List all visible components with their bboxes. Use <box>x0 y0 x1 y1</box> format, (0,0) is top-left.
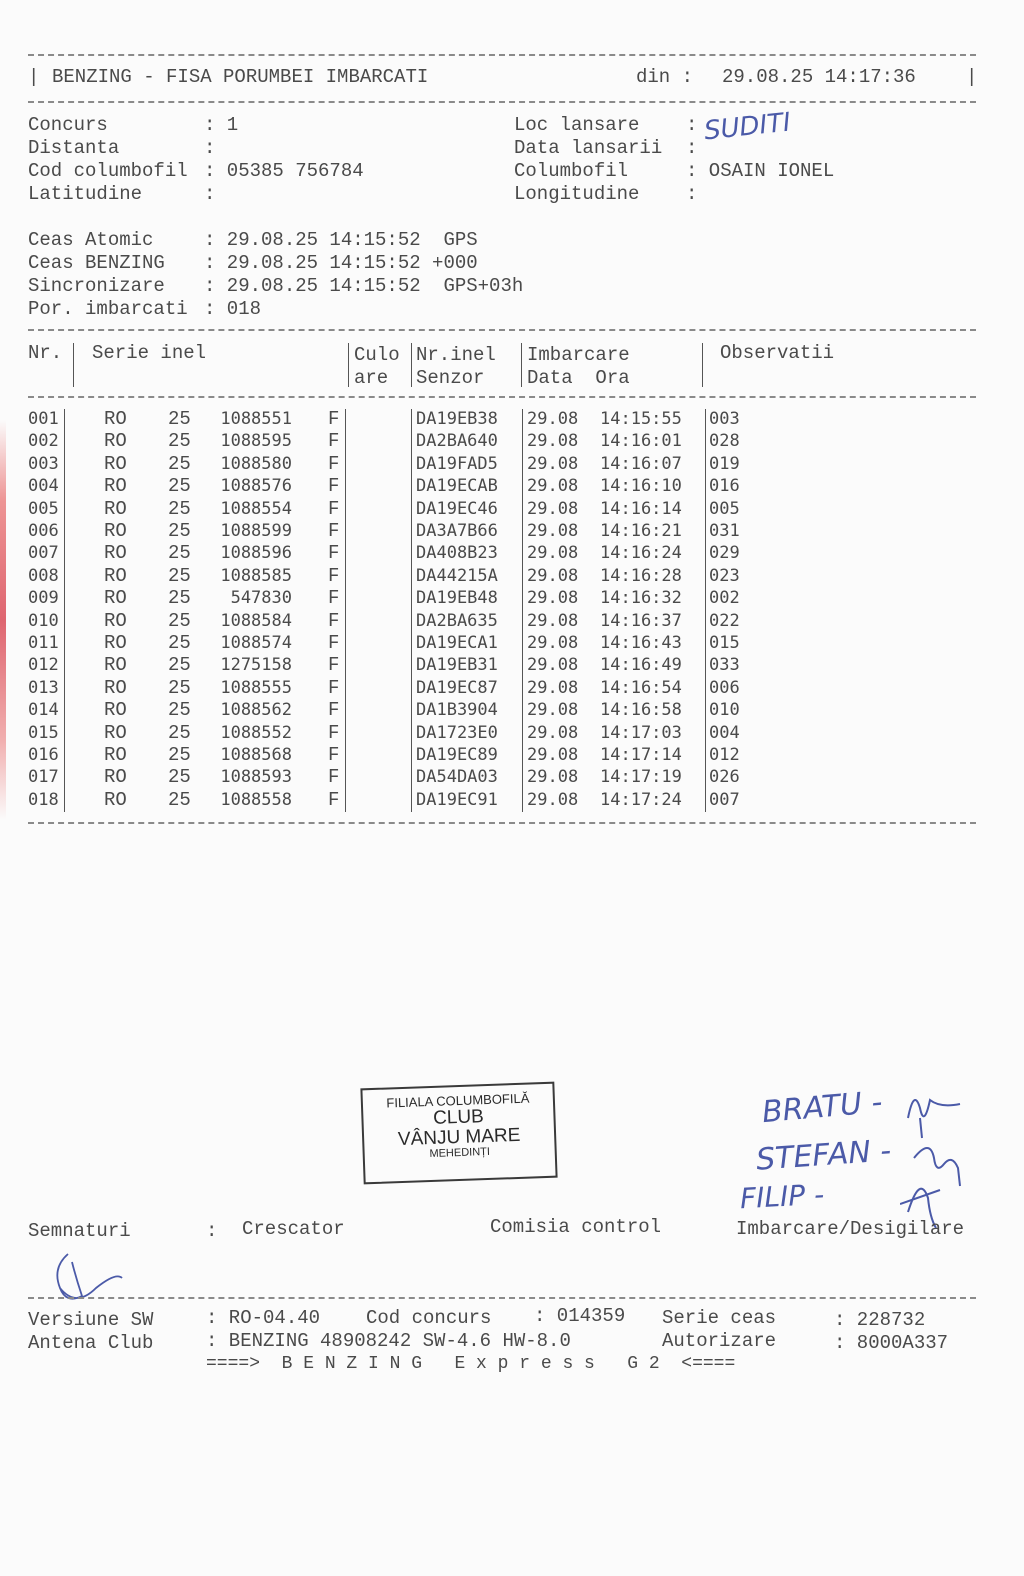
cell-tara: RO <box>104 475 127 497</box>
cell-inel: 1088584 <box>192 610 292 632</box>
cell-inel: 1088568 <box>192 744 292 766</box>
sw-version-value: : RO-04.40 <box>206 1307 320 1329</box>
cell-an: 25 <box>168 453 191 475</box>
cell-an: 25 <box>168 475 191 497</box>
cell-obs: 019 <box>709 453 740 475</box>
cell-senzor: DA3A7B66 <box>416 520 498 542</box>
cell-sex: F <box>328 565 339 587</box>
clock-serial-label: Serie ceas <box>662 1307 776 1329</box>
cell-nr: 016 <box>28 744 59 766</box>
cell-obs: 010 <box>709 699 740 721</box>
authorization-label: Autorizare <box>662 1330 776 1352</box>
cell-tara: RO <box>104 498 127 520</box>
cell-obs: 016 <box>709 475 740 497</box>
col-observatii: Observatii <box>720 342 834 364</box>
cell-tara: RO <box>104 699 127 721</box>
header-bar-right: | <box>966 66 977 88</box>
cell-data: 29.08 <box>527 654 578 676</box>
cell-obs: 023 <box>709 565 740 587</box>
cell-an: 25 <box>168 610 191 632</box>
cell-senzor: DA19ECA1 <box>416 632 498 654</box>
cell-senzor: DA19EB31 <box>416 654 498 676</box>
header-bar-left: | <box>28 66 39 88</box>
cell-data: 29.08 <box>527 542 578 564</box>
col-separator <box>64 409 65 812</box>
cell-ora: 14:17:14 <box>600 744 682 766</box>
handwritten-name: FILIP - <box>739 1178 825 1215</box>
authorization-value: : 8000A337 <box>834 1332 948 1354</box>
cell-sex: F <box>328 632 339 654</box>
cell-inel: 1088574 <box>192 632 292 654</box>
cell-sex: F <box>328 542 339 564</box>
cell-data: 29.08 <box>527 766 578 788</box>
cell-obs: 006 <box>709 677 740 699</box>
cell-nr: 017 <box>28 766 59 788</box>
cell-tara: RO <box>104 453 127 475</box>
cell-obs: 012 <box>709 744 740 766</box>
cell-tara: RO <box>104 610 127 632</box>
cell-inel: 547830 <box>192 587 292 609</box>
info-value: : <box>686 137 697 159</box>
cell-data: 29.08 <box>527 677 578 699</box>
cell-sex: F <box>328 699 339 721</box>
col-separator <box>705 409 706 812</box>
cell-data: 29.08 <box>527 408 578 430</box>
cell-sex: F <box>328 408 339 430</box>
cell-an: 25 <box>168 520 191 542</box>
cell-an: 25 <box>168 677 191 699</box>
cell-nr: 012 <box>28 654 59 676</box>
col-senzor: Nr.inel <box>416 344 496 366</box>
cell-sex: F <box>328 520 339 542</box>
signatures-sep: : <box>206 1220 217 1242</box>
cell-tara: RO <box>104 789 127 811</box>
cell-inel: 1088554 <box>192 498 292 520</box>
clock-label: Sincronizare <box>28 275 199 297</box>
info-label: Cod columbofil <box>28 160 188 182</box>
cell-nr: 014 <box>28 699 59 721</box>
commission-signature-label: Comisia control <box>490 1216 661 1238</box>
contest-code-value: : 014359 <box>534 1305 625 1327</box>
info-value: : <box>686 114 697 136</box>
col-separator <box>348 343 349 387</box>
cell-data: 29.08 <box>527 789 578 811</box>
cell-inel: 1088580 <box>192 453 292 475</box>
divider <box>28 396 976 398</box>
cell-nr: 002 <box>28 430 59 452</box>
cell-tara: RO <box>104 744 127 766</box>
cell-senzor: DA19EC89 <box>416 744 498 766</box>
cell-an: 25 <box>168 542 191 564</box>
info-label: Concurs <box>28 114 199 136</box>
cell-inel: 1275158 <box>192 654 292 676</box>
info-value: : <box>204 183 215 205</box>
benzing-banner: ====> B E N Z I N G E x p r e s s G 2 <=… <box>206 1353 735 1375</box>
info-value: : 1 <box>204 114 238 136</box>
cell-data: 29.08 <box>527 632 578 654</box>
cell-senzor: DA19FAD5 <box>416 453 498 475</box>
signatures-label: Semnaturi <box>28 1220 131 1242</box>
cell-data: 29.08 <box>527 453 578 475</box>
antenna-label: Antena Club <box>28 1332 153 1354</box>
col-separator <box>522 409 523 812</box>
cell-ora: 14:16:14 <box>600 498 682 520</box>
cell-ora: 14:16:01 <box>600 430 682 452</box>
info-label: Columbofil <box>514 160 685 182</box>
cell-obs: 002 <box>709 587 740 609</box>
cell-data: 29.08 <box>527 722 578 744</box>
col-separator <box>521 343 522 387</box>
cell-obs: 007 <box>709 789 740 811</box>
cell-obs: 029 <box>709 542 740 564</box>
cell-an: 25 <box>168 632 191 654</box>
pigeons-count-label: Por. imbarcati <box>28 298 188 320</box>
date-label: din : <box>636 66 693 88</box>
cell-data: 29.08 <box>527 430 578 452</box>
cell-data: 29.08 <box>527 498 578 520</box>
cell-an: 25 <box>168 430 191 452</box>
clock-label: Ceas BENZING <box>28 252 199 274</box>
cell-tara: RO <box>104 632 127 654</box>
cell-sex: F <box>328 475 339 497</box>
cell-inel: 1088551 <box>192 408 292 430</box>
cell-data: 29.08 <box>527 699 578 721</box>
info-value: : <box>686 183 697 205</box>
cell-data: 29.08 <box>527 744 578 766</box>
col-separator <box>73 343 74 387</box>
info-label: Longitudine <box>514 183 685 205</box>
cell-an: 25 <box>168 654 191 676</box>
info-value: : OSAIN IONEL <box>686 160 834 182</box>
clock-label: Ceas Atomic <box>28 229 199 251</box>
cell-nr: 007 <box>28 542 59 564</box>
cell-senzor: DA19ECAB <box>416 475 498 497</box>
cell-senzor: DA19EC46 <box>416 498 498 520</box>
cell-ora: 14:16:24 <box>600 542 682 564</box>
cell-nr: 013 <box>28 677 59 699</box>
cell-nr: 008 <box>28 565 59 587</box>
cell-nr: 011 <box>28 632 59 654</box>
cell-inel: 1088555 <box>192 677 292 699</box>
cell-an: 25 <box>168 722 191 744</box>
cell-an: 25 <box>168 408 191 430</box>
cell-inel: 1088558 <box>192 789 292 811</box>
cell-ora: 14:16:07 <box>600 453 682 475</box>
printed-datetime: 29.08.25 14:17:36 <box>722 66 916 88</box>
col-separator <box>702 343 703 387</box>
cell-tara: RO <box>104 587 127 609</box>
info-label: Distanta <box>28 137 199 159</box>
col-serie: Serie inel <box>92 342 206 364</box>
cell-inel: 1088585 <box>192 565 292 587</box>
col-separator <box>411 409 412 812</box>
divider <box>28 1297 976 1299</box>
cell-nr: 010 <box>28 610 59 632</box>
cell-nr: 001 <box>28 408 59 430</box>
cell-data: 29.08 <box>527 475 578 497</box>
cell-tara: RO <box>104 542 127 564</box>
col-nr: Nr. <box>28 342 62 364</box>
cell-inel: 1088593 <box>192 766 292 788</box>
cell-sex: F <box>328 789 339 811</box>
cell-ora: 14:15:55 <box>600 408 682 430</box>
cell-nr: 009 <box>28 587 59 609</box>
sw-version-label: Versiune SW <box>28 1309 153 1331</box>
cell-tara: RO <box>104 408 127 430</box>
cell-obs: 026 <box>709 766 740 788</box>
cell-ora: 14:16:37 <box>600 610 682 632</box>
cell-obs: 004 <box>709 722 740 744</box>
cell-obs: 033 <box>709 654 740 676</box>
document-title: BENZING - FISA PORUMBEI IMBARCATI <box>52 66 428 88</box>
cell-an: 25 <box>168 744 191 766</box>
col-imbarcare: Imbarcare <box>527 344 630 366</box>
info-label: Loc lansare <box>514 114 685 136</box>
cell-inel: 1088595 <box>192 430 292 452</box>
cell-sex: F <box>328 654 339 676</box>
cell-senzor: DA408B23 <box>416 542 498 564</box>
cell-tara: RO <box>104 677 127 699</box>
cell-senzor: DA44215A <box>416 565 498 587</box>
cell-obs: 005 <box>709 498 740 520</box>
cell-nr: 005 <box>28 498 59 520</box>
cell-tara: RO <box>104 654 127 676</box>
scan-edge-mark <box>0 420 6 820</box>
clock-value: : 29.08.25 14:15:52 GPS <box>204 229 478 251</box>
cell-data: 29.08 <box>527 610 578 632</box>
cell-an: 25 <box>168 789 191 811</box>
cell-inel: 1088596 <box>192 542 292 564</box>
col-separator <box>411 343 412 387</box>
clock-serial-value: : 228732 <box>834 1309 925 1331</box>
cell-nr: 018 <box>28 789 59 811</box>
info-label: Data lansarii <box>514 137 685 159</box>
boarding-signature-label: Imbarcare/Desigilare <box>736 1218 964 1240</box>
cell-an: 25 <box>168 565 191 587</box>
cell-an: 25 <box>168 699 191 721</box>
cell-sex: F <box>328 498 339 520</box>
cell-senzor: DA19EB38 <box>416 408 498 430</box>
cell-ora: 14:17:24 <box>600 789 682 811</box>
cell-data: 29.08 <box>527 565 578 587</box>
cell-obs: 022 <box>709 610 740 632</box>
handwritten-release-place: SUDITI <box>703 108 792 147</box>
cell-ora: 14:16:58 <box>600 699 682 721</box>
cell-an: 25 <box>168 587 191 609</box>
cell-sex: F <box>328 766 339 788</box>
cell-obs: 015 <box>709 632 740 654</box>
cell-senzor: DA1B3904 <box>416 699 498 721</box>
cell-obs: 031 <box>709 520 740 542</box>
divider <box>28 101 976 103</box>
handwritten-name: BRATU - <box>761 1085 884 1130</box>
cell-nr: 006 <box>28 520 59 542</box>
cell-tara: RO <box>104 766 127 788</box>
cell-sex: F <box>328 587 339 609</box>
clock-value: : 29.08.25 14:15:52 +000 <box>204 252 478 274</box>
breeder-signature <box>46 1248 126 1318</box>
col-culoare-2: are <box>354 367 388 389</box>
cell-ora: 14:16:21 <box>600 520 682 542</box>
cell-senzor: DA2BA635 <box>416 610 498 632</box>
cell-inel: 1088576 <box>192 475 292 497</box>
col-separator <box>345 409 346 812</box>
cell-senzor: DA19EC91 <box>416 789 498 811</box>
cell-inel: 1088599 <box>192 520 292 542</box>
cell-sex: F <box>328 677 339 699</box>
cell-sex: F <box>328 722 339 744</box>
cell-tara: RO <box>104 520 127 542</box>
cell-sex: F <box>328 610 339 632</box>
col-culoare: Culo <box>354 344 400 366</box>
cell-sex: F <box>328 453 339 475</box>
contest-code-label: Cod concurs <box>366 1307 491 1329</box>
cell-senzor: DA19EC87 <box>416 677 498 699</box>
signature-scribbles <box>900 1078 990 1228</box>
cell-inel: 1088552 <box>192 722 292 744</box>
cell-senzor: DA54DA03 <box>416 766 498 788</box>
cell-tara: RO <box>104 722 127 744</box>
cell-senzor: DA1723E0 <box>416 722 498 744</box>
cell-ora: 14:16:43 <box>600 632 682 654</box>
divider <box>28 329 976 331</box>
cell-obs: 028 <box>709 430 740 452</box>
clock-value: : 29.08.25 14:15:52 GPS+03h <box>204 275 523 297</box>
divider <box>28 822 976 824</box>
cell-ora: 14:16:32 <box>600 587 682 609</box>
info-value: : <box>204 137 215 159</box>
info-label: Latitudine <box>28 183 199 205</box>
cell-nr: 004 <box>28 475 59 497</box>
cell-nr: 015 <box>28 722 59 744</box>
divider <box>28 54 976 56</box>
breeder-signature-label: Crescator <box>242 1218 345 1240</box>
cell-sex: F <box>328 430 339 452</box>
cell-obs: 003 <box>709 408 740 430</box>
cell-tara: RO <box>104 565 127 587</box>
cell-senzor: DA19EB48 <box>416 587 498 609</box>
cell-senzor: DA2BA640 <box>416 430 498 452</box>
cell-ora: 14:17:03 <box>600 722 682 744</box>
cell-sex: F <box>328 744 339 766</box>
cell-ora: 14:16:28 <box>600 565 682 587</box>
cell-data: 29.08 <box>527 520 578 542</box>
cell-data: 29.08 <box>527 587 578 609</box>
pigeons-count-value: : 018 <box>204 298 261 320</box>
cell-nr: 003 <box>28 453 59 475</box>
club-stamp: FILIALA COLUMBOFILĂ CLUB VÂNJU MARE MEHE… <box>360 1082 557 1185</box>
cell-ora: 14:17:19 <box>600 766 682 788</box>
cell-tara: RO <box>104 430 127 452</box>
cell-inel: 1088562 <box>192 699 292 721</box>
cell-an: 25 <box>168 498 191 520</box>
col-senzor-2: Senzor <box>416 367 484 389</box>
cell-ora: 14:16:54 <box>600 677 682 699</box>
cell-ora: 14:16:10 <box>600 475 682 497</box>
antenna-value: : BENZING 48908242 SW-4.6 HW-8.0 <box>206 1330 571 1352</box>
handwritten-name: STEFAN - <box>755 1133 892 1177</box>
cell-an: 25 <box>168 766 191 788</box>
cell-ora: 14:16:49 <box>600 654 682 676</box>
col-data-ora: Data Ora <box>527 367 630 389</box>
info-value: : 05385 756784 <box>204 160 364 182</box>
